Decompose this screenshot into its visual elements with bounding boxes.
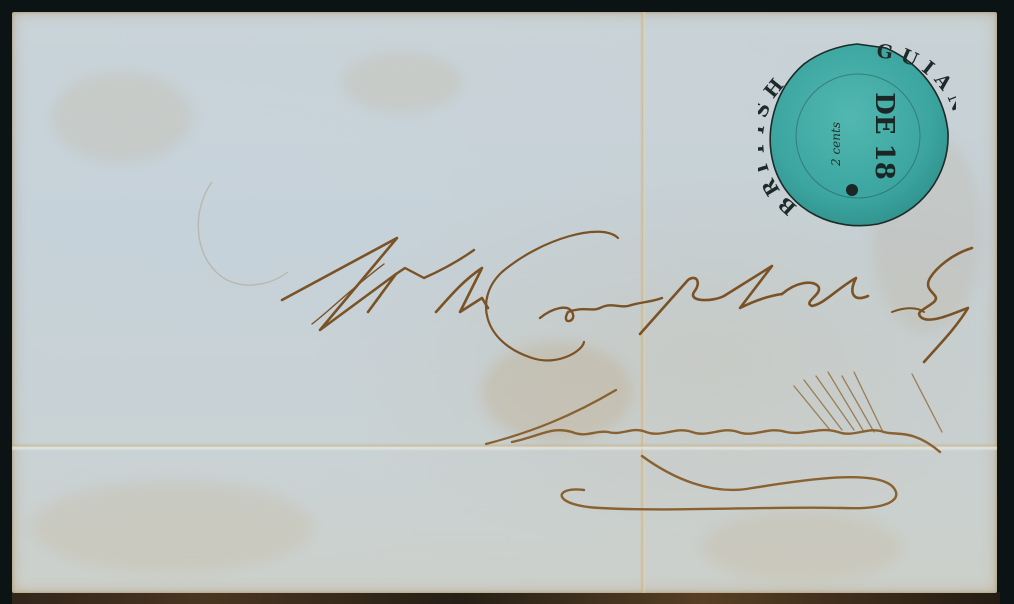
postal-cover: BRITISH GUIANA· DE 18 2 cents Wm H Campb… bbox=[12, 12, 997, 593]
stamp-date: DE 18 bbox=[869, 92, 899, 180]
stamp-manuscript-value: 2 cents bbox=[829, 122, 843, 167]
address-line-1 bbox=[282, 232, 972, 362]
address-line-2 bbox=[486, 372, 942, 509]
stamp-dot-ornament bbox=[846, 184, 858, 196]
photo-scene: BRITISH GUIANA· DE 18 2 cents Wm H Campb… bbox=[0, 0, 1014, 604]
british-guiana-stamp: BRITISH GUIANA· DE 18 2 cents bbox=[758, 36, 956, 234]
faint-pencil-mark bbox=[198, 182, 288, 285]
background-strip bbox=[12, 592, 1000, 604]
